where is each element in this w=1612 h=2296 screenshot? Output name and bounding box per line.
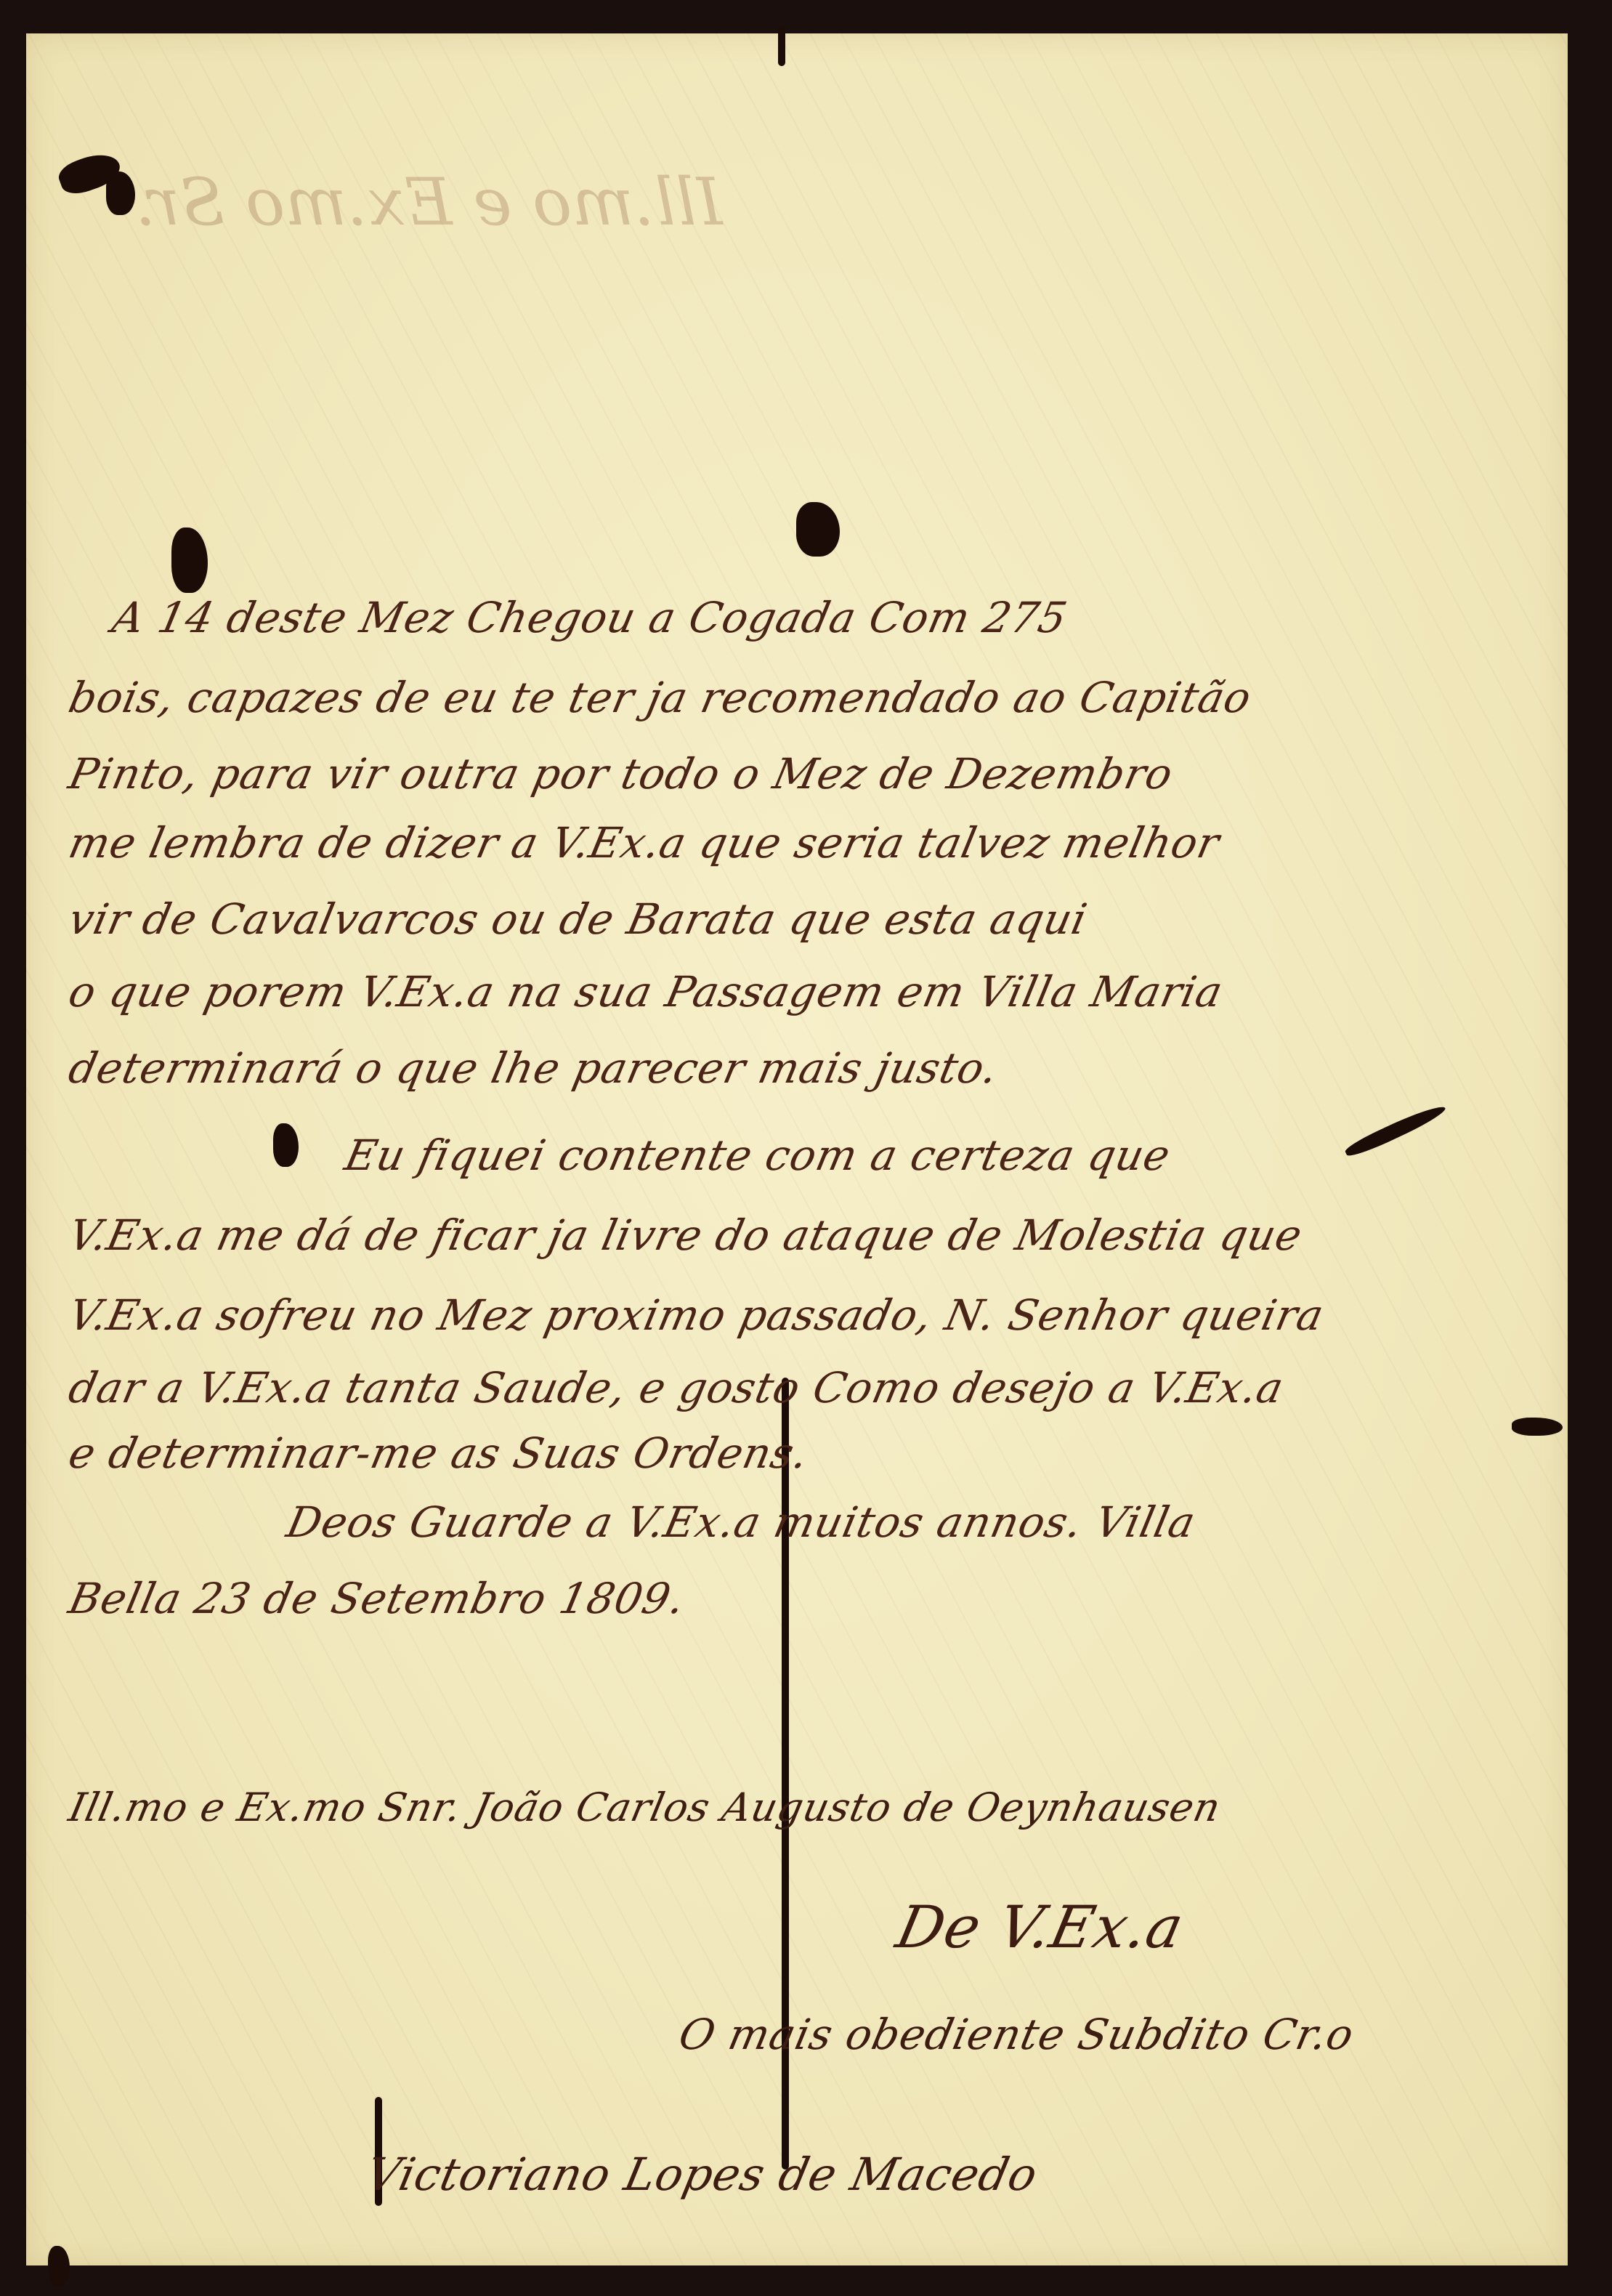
complimentary-close: O mais obediente Subdito Cr.o — [675, 2010, 1358, 2059]
body-line-6: o que porem V.Ex.a na sua Passagem em Vi… — [65, 967, 1228, 1016]
body-line-5: vir de Cavalvarcos ou de Barata que esta… — [65, 894, 1092, 944]
ink-blot-bottom-left — [48, 2246, 70, 2286]
body-line-4: me lembra de dizer a V.Ex.a que seria ta… — [65, 818, 1224, 868]
ink-blot-upper-center — [796, 502, 840, 557]
body-line-10: V.Ex.a sofreu no Mez proximo passado, N.… — [65, 1290, 1329, 1340]
ink-blot-right-edge — [1512, 1418, 1563, 1436]
body-line-12: e determinar-me as Suas Ordens. — [65, 1428, 814, 1478]
closing-line-1: Deos Guarde a V.Ex.a muitos annos. Villa — [283, 1497, 1200, 1547]
body-line-7: determinará o que lhe parecer mais justo… — [65, 1043, 1003, 1093]
ink-mark-top — [778, 26, 785, 66]
addressee: Ill.mo e Ex.mo Snr. João Carlos Augusto … — [65, 1784, 1225, 1830]
body-line-8: Eu fiquei contente com a certeza que — [341, 1131, 1175, 1180]
letter-page: Ill.mo e Ex.mo Sr. A 14 deste Mez Chegou… — [26, 33, 1568, 2265]
body-line-1: A 14 deste Mez Chegou a Cogada Com 275 — [108, 593, 1072, 642]
body-line-9: V.Ex.a me dá de ficar ja livre do ataque… — [65, 1210, 1307, 1260]
ink-blot-upper-left — [171, 527, 208, 593]
bleed-through-header: Ill.mo e Ex.mo Sr. — [135, 164, 722, 240]
body-line-3: Pinto, para vir outra por todo o Mez de … — [65, 749, 1178, 799]
signature: Victoriano Lopes de Macedo — [362, 2148, 1042, 2201]
ink-mark-left-paragraph — [273, 1123, 299, 1167]
ink-blot-right — [1343, 1101, 1448, 1160]
closing-line-2: Bella 23 de Setembro 1809. — [65, 1574, 690, 1623]
salutation: De V.Ex.a — [891, 1893, 1190, 1961]
body-line-11: dar a V.Ex.a tanta Saude, e gosto Como d… — [65, 1363, 1289, 1412]
ink-blot-top-left-2 — [106, 171, 135, 215]
body-line-2: bois, capazes de eu te ter ja recomendad… — [65, 673, 1256, 722]
